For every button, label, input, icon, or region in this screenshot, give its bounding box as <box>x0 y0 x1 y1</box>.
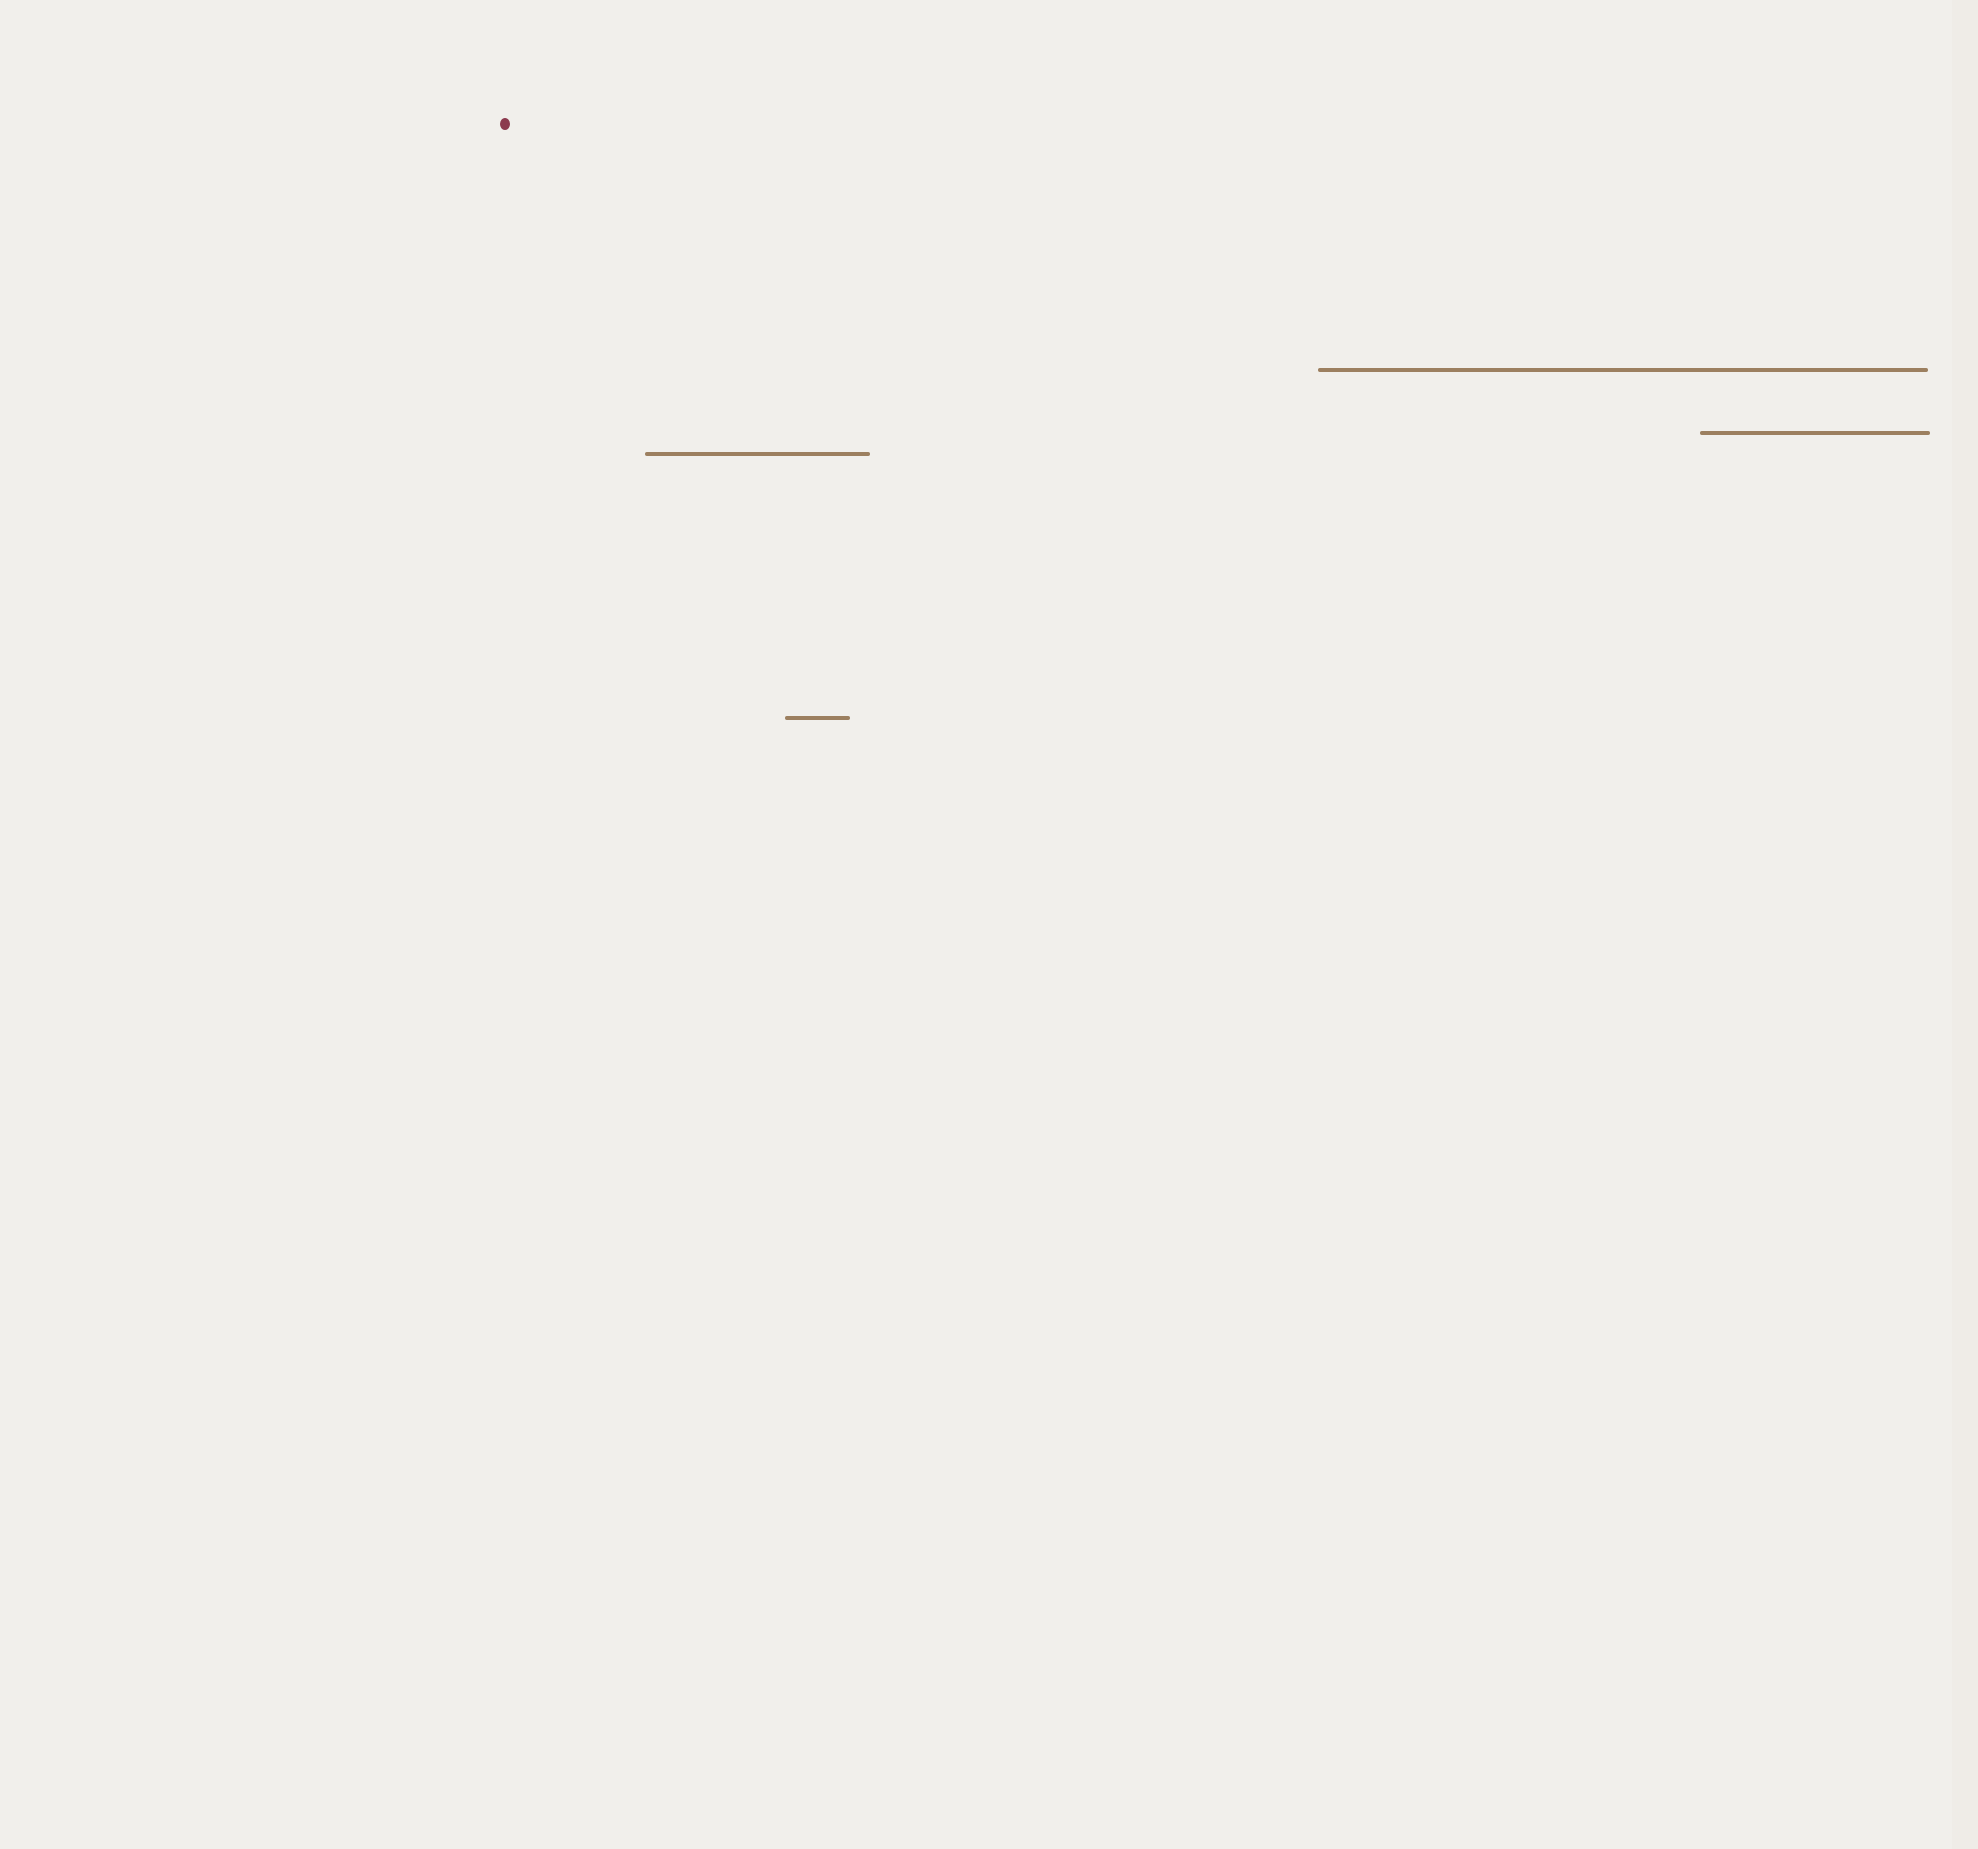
fill-line <box>1318 368 1928 372</box>
fill-line <box>645 452 870 456</box>
fill-line <box>785 716 850 720</box>
register-page <box>0 0 1952 1849</box>
fill-line <box>1700 431 1930 435</box>
red-dot-mark <box>500 118 510 130</box>
